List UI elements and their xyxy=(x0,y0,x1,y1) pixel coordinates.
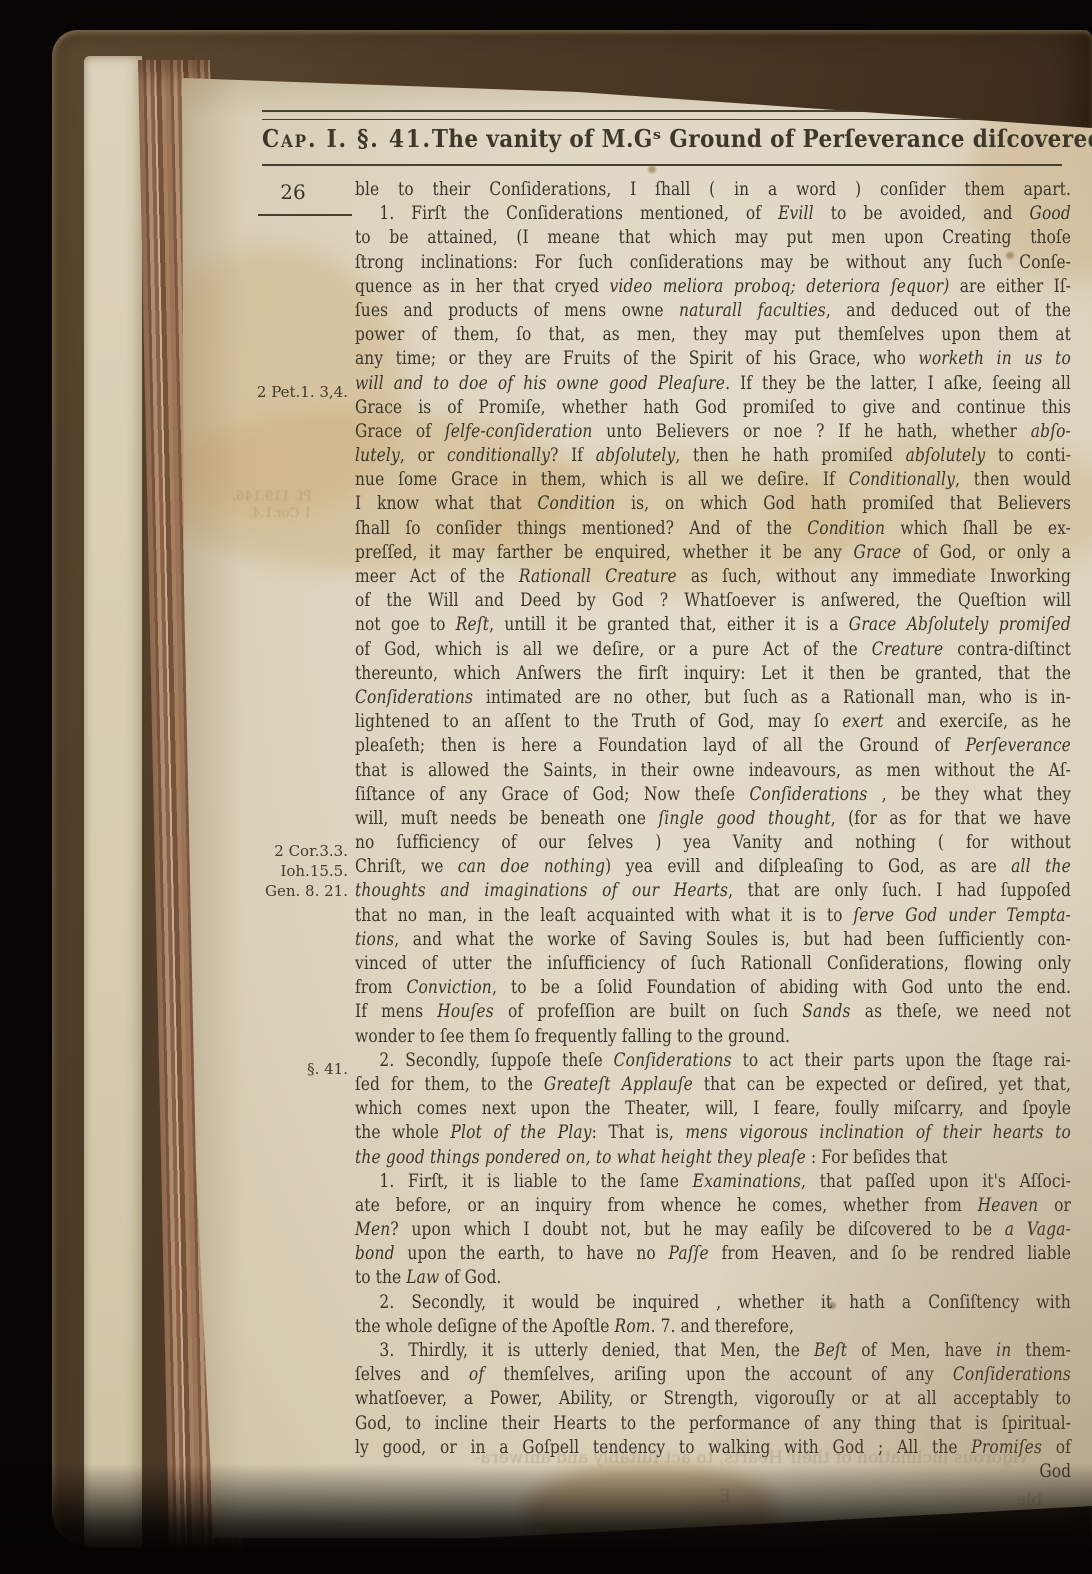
text-line: quence as in her that cryed video melior… xyxy=(355,274,1071,298)
text-line: Conſiderations intimated are no other, b… xyxy=(355,685,1071,709)
text-line: Chriſt, we can doe nothing) yea evill an… xyxy=(355,854,1071,878)
text-line: from Conviction, to be a ſolid Foundatio… xyxy=(355,975,1071,999)
text-line: any time; or they are Fruits of the Spir… xyxy=(355,346,1071,370)
photo-bottom-shadow xyxy=(0,1464,1092,1574)
text-line: If mens Houſes of profeſſion are built o… xyxy=(355,999,1071,1023)
text-line: 1. Firſt the Conſiderations mentioned, o… xyxy=(355,201,1071,225)
text-line: God, to incline their Hearts to the perf… xyxy=(355,1411,1071,1435)
header-under-rule xyxy=(262,164,1062,166)
text-line: to be attained, (I meane that which may … xyxy=(355,225,1071,249)
text-line: meer Act of the Rationall Creature as ſu… xyxy=(355,564,1071,588)
text-line: wonder to ſee them ſo frequently falling… xyxy=(355,1024,1071,1048)
text-line: ſed for them, to the Greateſt Applauſe t… xyxy=(355,1072,1071,1096)
text-line: thoughts and imaginations of our Hearts,… xyxy=(355,878,1071,902)
margin-note: §. 41. xyxy=(307,1059,348,1079)
text-line: Men? upon which I doubt not, but he may … xyxy=(355,1217,1071,1241)
running-title: The vanity of M.Gˢ Ground of Perſeveranc… xyxy=(432,124,1092,153)
text-lines: ble to their Conſiderations, I ſhall ( i… xyxy=(355,177,1092,1483)
text-line: thereunto, which Anſwers the firſt inqui… xyxy=(355,661,1071,685)
text-line: I know what that Condition is, on which … xyxy=(355,491,1071,515)
text-line: of God, which is all we deſire, or a pur… xyxy=(355,637,1071,661)
text-line: no ſufficiency of our ſelves ) yea Vanit… xyxy=(355,830,1071,854)
text-line: ſues and products of mens owne naturall … xyxy=(355,298,1071,322)
text-line: 2. Secondly, it would be inquired , whet… xyxy=(355,1290,1071,1314)
text-line: tions, and what the worke of Saving Soul… xyxy=(355,927,1071,951)
text-line: that is allowed the Saints, in their own… xyxy=(355,758,1071,782)
text-line: will, muſt needs be beneath one ſingle g… xyxy=(355,806,1071,830)
text-line: which comes next upon the Theater, will,… xyxy=(355,1096,1071,1120)
text-line: Grace of ſelfe-conſideration unto Believ… xyxy=(355,419,1071,443)
text-line: ſelves and of themſelves, ariſing upon t… xyxy=(355,1362,1071,1386)
text-line: lutely, or conditionally? If abſolutely,… xyxy=(355,443,1071,467)
text-line: 1. Firſt, it is liable to the ſame Exami… xyxy=(355,1169,1071,1193)
margin-note: 2 Cor.3.3.Ioh.15.5.Gen. 8. 21. xyxy=(265,841,348,901)
text-line: nue ſome Grace in them, which is all we … xyxy=(355,467,1071,491)
text-line: ſtrong inclinations: For ſuch conſiderat… xyxy=(355,250,1071,274)
flyleaf-page-edge xyxy=(84,56,142,1548)
text-line: pleaſeth; then is here a Foundation layd… xyxy=(355,733,1071,757)
text-line: the whole Plot of the Play: That is, men… xyxy=(355,1120,1071,1144)
text-line: of the Will and Deed by God ? Whatſoever… xyxy=(355,588,1071,612)
text-line: that no man, in the leaſt acquainted wit… xyxy=(355,903,1071,927)
text-line: whatſoever, a Power, Ability, or Strengt… xyxy=(355,1386,1071,1410)
text-line: vinced of utter the inſufficiency of ſuc… xyxy=(355,951,1071,975)
text-line: ble to their Conſiderations, I ſhall ( i… xyxy=(355,177,1071,201)
text-line: preſſed, it may farther be enquired, whe… xyxy=(355,540,1071,564)
text-line: ate before, or an inquiry from whence he… xyxy=(355,1193,1071,1217)
text-line: will and to doe of his owne good Pleaſur… xyxy=(355,371,1071,395)
text-line: the whole deſigne of the Apoſtle Rom. 7.… xyxy=(355,1314,1071,1338)
text-line: lightened to an aſſent to the Truth of G… xyxy=(355,709,1071,733)
text-line: 3. Thirdly, it is utterly denied, that M… xyxy=(355,1338,1071,1362)
photo-background: Pſ. 119.146. 1 Cor.1.4. Cap. I. §. 41. T… xyxy=(0,0,1092,1574)
fox-spot xyxy=(648,166,656,173)
margin-note: 2 Pet.1. 3,4. xyxy=(257,382,348,402)
text-line: power of them, ſo that, as men, they may… xyxy=(355,322,1071,346)
text-line: Grace is of Promiſe, whether hath God pr… xyxy=(355,395,1071,419)
text-line: not goe to Reſt, untill it be granted th… xyxy=(355,612,1071,636)
text-line: ſhall ſo conſider things mentioned? And … xyxy=(355,516,1071,540)
text-line: bond upon the earth, to have no Paſſe fr… xyxy=(355,1241,1071,1265)
text-line: the good things pondered on, to what hei… xyxy=(355,1145,1071,1169)
text-line: 2. Secondly, ſuppoſe theſe Conſideration… xyxy=(355,1048,1071,1072)
margin-notes: 2 Pet.1. 3,4.2 Cor.3.3.Ioh.15.5.Gen. 8. … xyxy=(178,70,354,1552)
book-page: Pſ. 119.146. 1 Cor.1.4. Cap. I. §. 41. T… xyxy=(178,70,1092,1552)
page-header: Cap. I. §. 41. The vanity of M.Gˢ Ground… xyxy=(262,124,1072,153)
text-line: to the Law of God. xyxy=(355,1265,1071,1289)
text-line: ſiſtance of any Grace of God; Now theſe … xyxy=(355,782,1071,806)
